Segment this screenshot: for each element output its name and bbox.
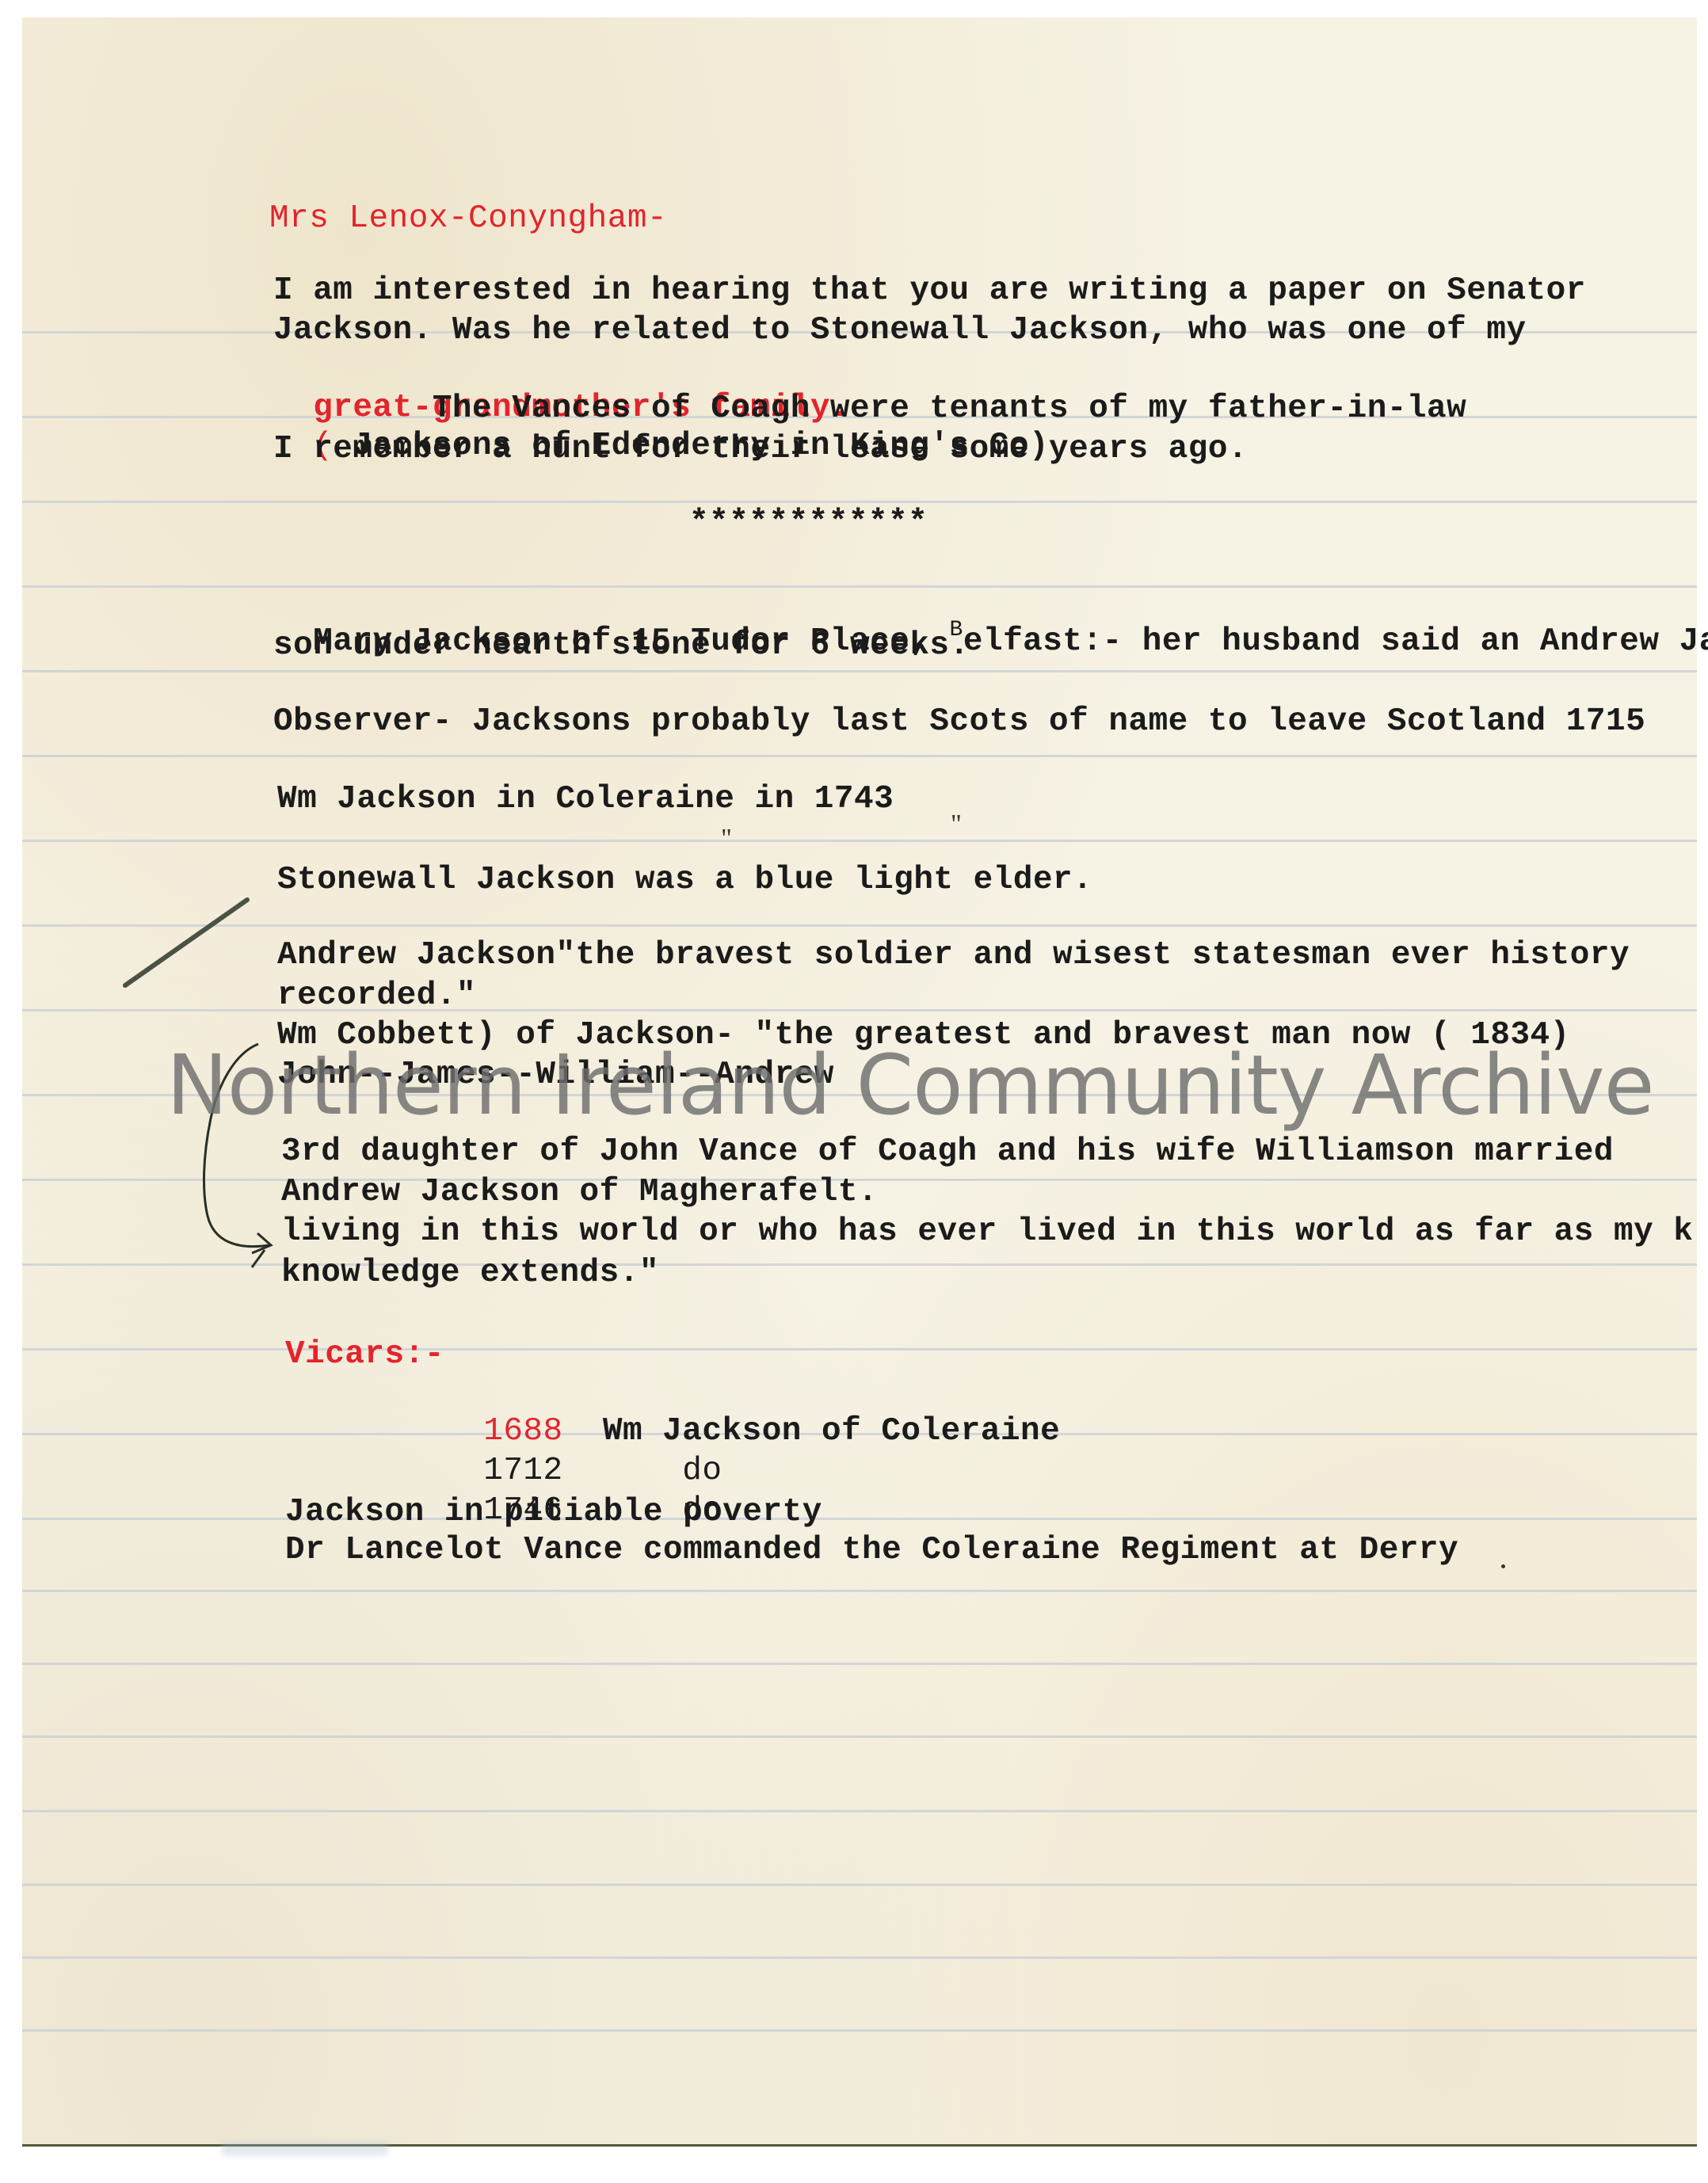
ruled-line xyxy=(22,1348,1697,1351)
note-lancelot-vance: Dr Lancelot Vance commanded the Colerain… xyxy=(285,1531,1458,1569)
ruled-line xyxy=(22,1263,1697,1266)
note-daughter-1: 3rd daughter of John Vance of Coagh and … xyxy=(281,1133,1614,1171)
ruled-line xyxy=(22,1884,1697,1886)
letter-line-4: The Vances of Coagh were tenants of my f… xyxy=(273,390,1466,428)
ruled-line xyxy=(22,1735,1697,1738)
ruled-line xyxy=(22,924,1697,927)
ruled-line xyxy=(22,1663,1697,1665)
note-stonewall: Stonewall Jackson was a blue light elder… xyxy=(277,861,1092,899)
handwritten-quote-open: " xyxy=(721,824,732,854)
stray-mark xyxy=(1501,1564,1505,1568)
note-living-1: living in this world or who has ever liv… xyxy=(281,1213,1693,1251)
letter-line-5: I remember a hunt for their lease some y… xyxy=(273,430,1248,468)
ruled-line xyxy=(22,1518,1697,1520)
note-mary-jackson-2: son under hearth stone for 6 weeks. xyxy=(273,627,970,665)
asterisk-separator: ************ xyxy=(689,504,928,542)
note-andrew-jackson-2: recorded." xyxy=(277,977,476,1015)
note-poverty: Jackson in pitiable poverty xyxy=(285,1493,822,1531)
note-living-2: knowledge extends." xyxy=(281,1254,659,1292)
ruled-line xyxy=(22,1009,1697,1011)
vicars-label: Vicars:- xyxy=(285,1335,444,1373)
ruled-line xyxy=(22,1956,1697,1959)
ruled-line xyxy=(22,2029,1697,2032)
ruled-line xyxy=(22,670,1697,672)
note-daughter-2: Andrew Jackson of Magherafelt. xyxy=(281,1173,878,1211)
ruled-line xyxy=(22,1810,1697,1812)
note-wm-jackson-1743: Wm Jackson in Coleraine in 1743 xyxy=(277,780,894,818)
letter-line-1: I am interested in hearing that you are … xyxy=(273,272,1586,310)
ruled-line xyxy=(22,1590,1697,1592)
note-andrew-jackson-1: Andrew Jackson"the bravest soldier and w… xyxy=(277,936,1630,974)
handwritten-quote-close: " xyxy=(951,810,962,840)
letter-line-2: Jackson. Was he related to Stonewall Jac… xyxy=(273,311,1527,349)
show-through-smudge xyxy=(222,2143,388,2155)
note-mary-jackson-1b: elfast:- her husband said an Andrew Jac xyxy=(963,623,1708,660)
ruled-line xyxy=(22,840,1697,842)
ruled-line xyxy=(22,755,1697,757)
note-observer: Observer- Jacksons probably last Scots o… xyxy=(273,703,1645,741)
archive-watermark: Northern Ireland Community Archive xyxy=(166,1044,1654,1126)
recipient-heading: Mrs Lenox-Conyngham- xyxy=(269,200,667,238)
ruled-line xyxy=(22,501,1697,503)
